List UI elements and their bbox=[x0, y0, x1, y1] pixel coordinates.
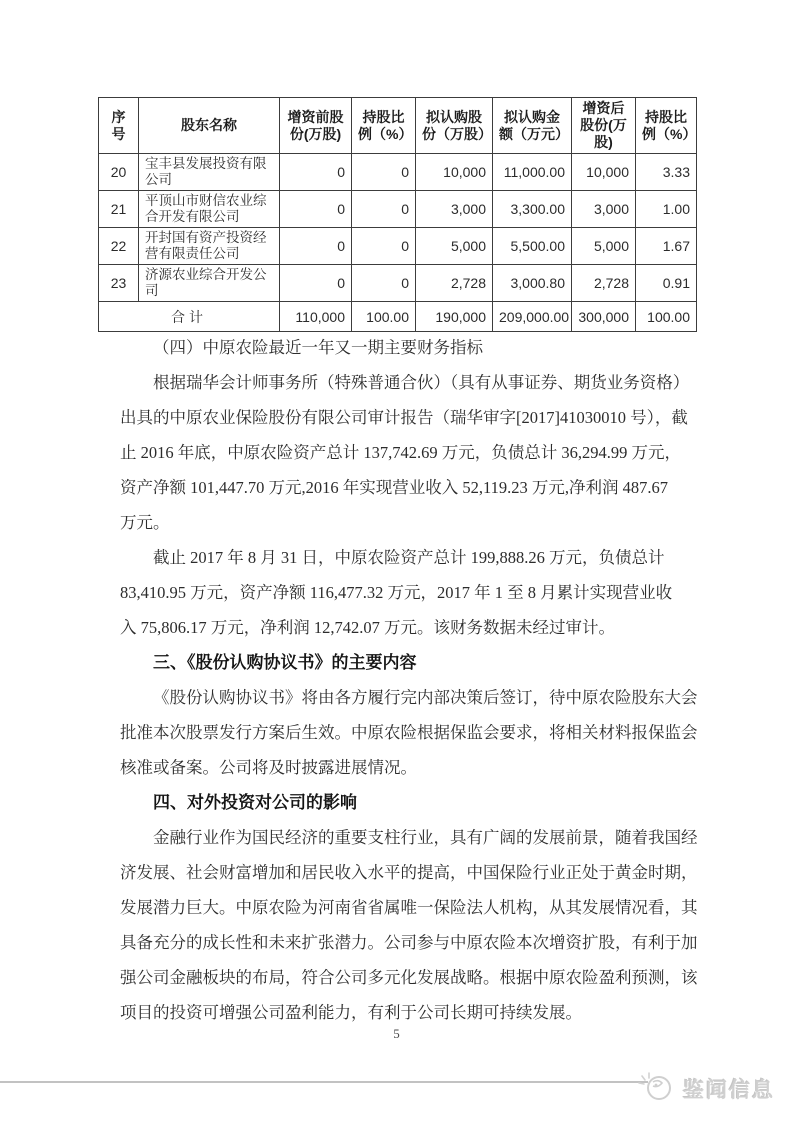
body-line: 入 75,806.17 万元，净利润 12,742.07 万元。该财务数据未经过… bbox=[120, 610, 690, 645]
cell-total-post-pct: 100.00 bbox=[636, 302, 697, 332]
body-line: 具备充分的成长性和未来扩张潜力。公司参与中原农险本次增资扩股，有利于加 bbox=[120, 925, 690, 960]
body-line: 发展潜力巨大。中原农险为河南省省属唯一保险法人机构，从其发展情况看，其 bbox=[120, 890, 690, 925]
cell-sub-shares: 10,000 bbox=[416, 154, 493, 191]
section-heading-4-impact: 四、对外投资对公司的影响 bbox=[120, 785, 690, 820]
cell-total-sub-amount: 209,000.00 bbox=[493, 302, 572, 332]
body-line: 83,410.95 万元，资产净额 116,477.32 万元，2017 年 1… bbox=[120, 575, 690, 610]
section-heading-4: （四）中原农险最近一年又一期主要财务指标 bbox=[120, 330, 690, 365]
table-total-row: 合计 110,000 100.00 190,000 209,000.00 300… bbox=[99, 302, 697, 332]
cell-shareholder-name: 宝丰县发展投资有限公司 bbox=[139, 154, 280, 191]
table-row: 23 济源农业综合开发公司 0 0 2,728 3,000.80 2,728 0… bbox=[99, 265, 697, 302]
cell-pre-pct: 0 bbox=[352, 191, 416, 228]
cell-total-post-shares: 300,000 bbox=[572, 302, 636, 332]
shareholder-table: 序号 股东名称 增资前股份(万股) 持股比例（%） 拟认购股份（万股） 拟认购金… bbox=[98, 97, 697, 332]
cell-total-pre-pct: 100.00 bbox=[352, 302, 416, 332]
cell-post-shares: 3,000 bbox=[572, 191, 636, 228]
cell-post-pct: 1.00 bbox=[636, 191, 697, 228]
header-cell-post-pct: 持股比例（%） bbox=[636, 98, 697, 154]
cell-post-shares: 2,728 bbox=[572, 265, 636, 302]
table-header-row: 序号 股东名称 增资前股份(万股) 持股比例（%） 拟认购股份（万股） 拟认购金… bbox=[99, 98, 697, 154]
watermark-logo-text: 鉴闻信息 bbox=[683, 1074, 775, 1104]
body-line: 资产净额 101,447.70 万元,2016 年实现营业收入 52,119.2… bbox=[120, 470, 690, 505]
body-line: 项目的投资可增强公司盈利能力，有利于公司长期可持续发展。 bbox=[120, 995, 690, 1030]
cell-pre-shares: 0 bbox=[280, 154, 352, 191]
cell-sub-amount: 11,000.00 bbox=[493, 154, 572, 191]
table-row: 22 开封国有资产投资经营有限责任公司 0 0 5,000 5,500.00 5… bbox=[99, 228, 697, 265]
header-cell-sub-amount: 拟认购金额（万元） bbox=[493, 98, 572, 154]
cell-sub-amount: 3,000.80 bbox=[493, 265, 572, 302]
body-line: 济发展、社会财富增加和居民收入水平的提高，中国保险行业正处于黄金时期， bbox=[120, 855, 690, 890]
cell-post-pct: 3.33 bbox=[636, 154, 697, 191]
cell-post-pct: 0.91 bbox=[636, 265, 697, 302]
cell-pre-shares: 0 bbox=[280, 265, 352, 302]
cell-no: 22 bbox=[99, 228, 139, 265]
cell-sub-shares: 5,000 bbox=[416, 228, 493, 265]
body-line: 强公司金融板块的布局，符合公司多元化发展战略。根据中原农险盈利预测，该 bbox=[120, 960, 690, 995]
watermark-logo: 鉴闻信息 bbox=[636, 1070, 775, 1107]
document-page: 序号 股东名称 增资前股份(万股) 持股比例（%） 拟认购股份（万股） 拟认购金… bbox=[0, 0, 793, 1122]
cell-no: 20 bbox=[99, 154, 139, 191]
body-line: 根据瑞华会计师事务所（特殊普通合伙）（具有从事证券、期货业务资格） bbox=[120, 365, 690, 400]
cell-post-shares: 10,000 bbox=[572, 154, 636, 191]
cell-sub-shares: 3,000 bbox=[416, 191, 493, 228]
body-line: 金融行业作为国民经济的重要支柱行业，具有广阔的发展前景，随着我国经 bbox=[120, 820, 690, 855]
document-body: （四）中原农险最近一年又一期主要财务指标 根据瑞华会计师事务所（特殊普通合伙）（… bbox=[120, 330, 690, 1030]
body-line: 批准本次股票发行方案后生效。中原农险根据保监会要求，将相关材料报保监会 bbox=[120, 715, 690, 750]
cell-no: 23 bbox=[99, 265, 139, 302]
cell-pre-shares: 0 bbox=[280, 191, 352, 228]
cell-shareholder-name: 济源农业综合开发公司 bbox=[139, 265, 280, 302]
cell-shareholder-name: 平顶山市财信农业综合开发有限公司 bbox=[139, 191, 280, 228]
jianwen-logo-icon bbox=[636, 1070, 676, 1107]
header-cell-pre-shares: 增资前股份(万股) bbox=[280, 98, 352, 154]
cell-no: 21 bbox=[99, 191, 139, 228]
cell-sub-shares: 2,728 bbox=[416, 265, 493, 302]
cell-shareholder-name: 开封国有资产投资经营有限责任公司 bbox=[139, 228, 280, 265]
header-cell-sub-shares: 拟认购股份（万股） bbox=[416, 98, 493, 154]
table-row: 20 宝丰县发展投资有限公司 0 0 10,000 11,000.00 10,0… bbox=[99, 154, 697, 191]
body-line: 截止 2017 年 8 月 31 日，中原农险资产总计 199,888.26 万… bbox=[120, 540, 690, 575]
table-row: 21 平顶山市财信农业综合开发有限公司 0 0 3,000 3,300.00 3… bbox=[99, 191, 697, 228]
section-heading-3: 三、《股份认购协议书》的主要内容 bbox=[120, 645, 690, 680]
cell-pre-pct: 0 bbox=[352, 154, 416, 191]
header-cell-pre-pct: 持股比例（%） bbox=[352, 98, 416, 154]
cell-sub-amount: 5,500.00 bbox=[493, 228, 572, 265]
cell-total-sub-shares: 190,000 bbox=[416, 302, 493, 332]
cell-post-shares: 5,000 bbox=[572, 228, 636, 265]
page-number: 5 bbox=[0, 1026, 793, 1042]
cell-post-pct: 1.67 bbox=[636, 228, 697, 265]
body-line: 《股份认购协议书》将由各方履行完内部决策后签订，待中原农险股东大会 bbox=[120, 680, 690, 715]
header-cell-no: 序号 bbox=[99, 98, 139, 154]
cell-pre-pct: 0 bbox=[352, 265, 416, 302]
body-line: 万元。 bbox=[120, 505, 690, 540]
footer-divider bbox=[0, 1081, 648, 1083]
cell-pre-shares: 0 bbox=[280, 228, 352, 265]
cell-sub-amount: 3,300.00 bbox=[493, 191, 572, 228]
body-line: 止 2016 年底，中原农险资产总计 137,742.69 万元，负债总计 36… bbox=[120, 435, 690, 470]
header-cell-shareholder-name: 股东名称 bbox=[139, 98, 280, 154]
cell-total-pre-shares: 110,000 bbox=[280, 302, 352, 332]
body-line: 核准或备案。公司将及时披露进展情况。 bbox=[120, 750, 690, 785]
cell-total-label: 合计 bbox=[99, 302, 280, 332]
body-line: 出具的中原农业保险股份有限公司审计报告（瑞华审字[2017]41030010 号… bbox=[120, 400, 690, 435]
header-cell-post-shares: 增资后股份(万股) bbox=[572, 98, 636, 154]
cell-pre-pct: 0 bbox=[352, 228, 416, 265]
